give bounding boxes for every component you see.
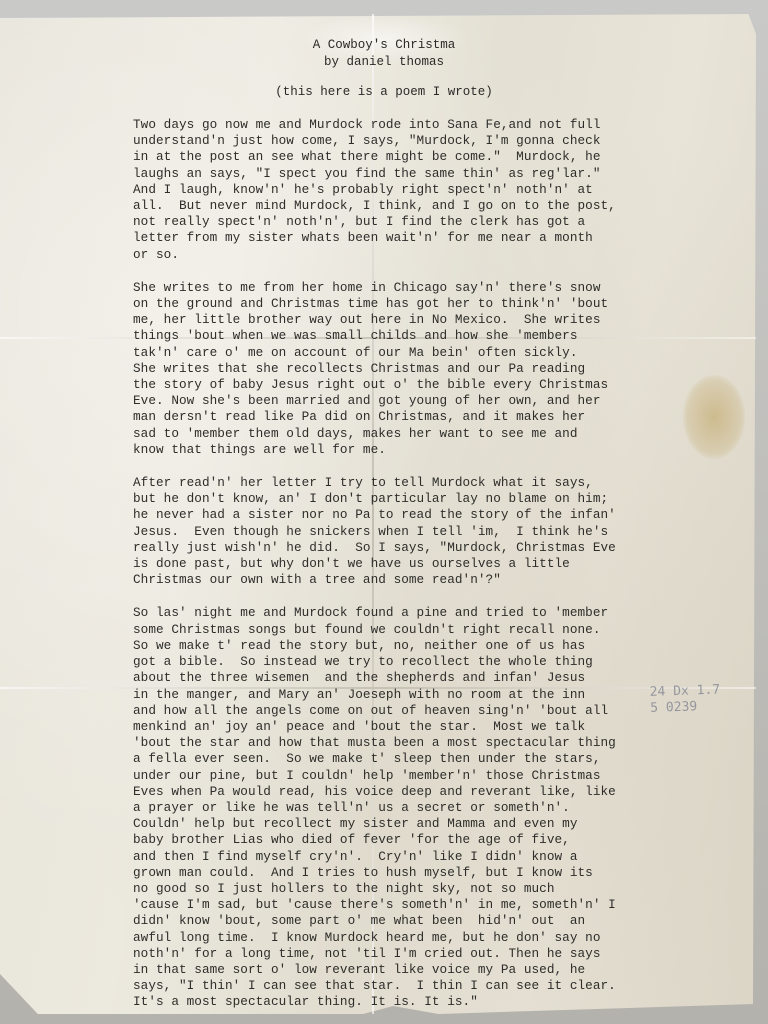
poem-line: know that things are well for me. [133, 442, 753, 458]
poem-line: me, her little brother way out here in N… [133, 312, 753, 328]
poem-line: he never had a sister nor no Pa to read … [133, 507, 753, 523]
poem-line: or so. [133, 247, 753, 263]
poem-line: Eves when Pa would read, his voice deep … [133, 784, 753, 800]
poem-line: menkind an' joy an' peace and 'bout the … [133, 719, 753, 735]
poem-line: in at the post an see what there might b… [133, 149, 753, 165]
poem-line: and how all the angels come on out of he… [133, 703, 753, 719]
poem-subtitle: (this here is a poem I wrote) [0, 85, 768, 99]
poem-line: Couldn' help but recollect my sister and… [133, 816, 753, 832]
poem-line: And I laugh, know'n' he's probably right… [133, 182, 753, 198]
poem-line: under our pine, but I couldn' help 'memb… [133, 768, 753, 784]
poem-line: got a bible. So instead we try to recoll… [133, 654, 753, 670]
poem-title: A Cowboy's Christma [0, 38, 768, 52]
stanza: After read'n' her letter I try to tell M… [133, 475, 753, 588]
poem-line: is done past, but why don't we have us o… [133, 556, 753, 572]
poem-line: didn' know 'bout, some part o' me what b… [133, 913, 753, 929]
poem-line: about the three wisemen and the shepherd… [133, 670, 753, 686]
poem-line: a prayer or like he was tell'n' us a sec… [133, 800, 753, 816]
poem-line: man dersn't read like Pa did on Christma… [133, 409, 753, 425]
poem-line: says, "I thin' I can see that star. I th… [133, 978, 753, 994]
stanza: She writes to me from her home in Chicag… [133, 280, 753, 458]
poem-line: the story of baby Jesus right out o' the… [133, 377, 753, 393]
poem-line: not really spect'n' noth'n', but I find … [133, 214, 753, 230]
poem-line: understand'n just how come, I says, "Mur… [133, 133, 753, 149]
poem-line: a fella ever seen. So we make t' sleep t… [133, 751, 753, 767]
poem-line: It's a most spectacular thing. It is. It… [133, 994, 753, 1010]
poem-line: in that same sort o' low reverant like v… [133, 962, 753, 978]
poem-line: Eve. Now she's been married and got youn… [133, 393, 753, 409]
poem-line: Jesus. Even though he snickers when I te… [133, 524, 753, 540]
poem-line: After read'n' her letter I try to tell M… [133, 475, 753, 491]
poem-line: 'bout the star and how that musta been a… [133, 735, 753, 751]
poem-body: Two days go now me and Murdock rode into… [133, 117, 753, 1024]
poem-line: some Christmas songs but found we couldn… [133, 622, 753, 638]
stanza: Two days go now me and Murdock rode into… [133, 117, 753, 263]
poem-line: laughs an says, "I spect you find the sa… [133, 166, 753, 182]
poem-line: She writes that she recollects Christmas… [133, 361, 753, 377]
stanza: So las' night me and Murdock found a pin… [133, 605, 753, 1010]
poem-line: So las' night me and Murdock found a pin… [133, 605, 753, 621]
poem-line: and then I find myself cry'n'. Cry'n' li… [133, 849, 753, 865]
poem-line: tak'n' care o' me on account of our Ma b… [133, 345, 753, 361]
poem-line: Two days go now me and Murdock rode into… [133, 117, 753, 133]
poem-author: by daniel thomas [0, 55, 768, 69]
poem-line: letter from my sister whats been wait'n'… [133, 230, 753, 246]
poem-line: no good so I just hollers to the night s… [133, 881, 753, 897]
poem-line: but he don't know, an' I don't particula… [133, 491, 753, 507]
poem-line: Christmas our own with a tree and some r… [133, 572, 753, 588]
poem-line: So we make t' read the story but, no, ne… [133, 638, 753, 654]
poem-line: 'cause I'm sad, but 'cause there's somet… [133, 897, 753, 913]
poem-line: all. But never mind Murdock, I think, an… [133, 198, 753, 214]
poem-line: baby brother Lias who died of fever 'for… [133, 832, 753, 848]
poem-line: really just wish'n' he did. So I says, "… [133, 540, 753, 556]
poem-line: things 'bout when we was small childs an… [133, 328, 753, 344]
poem-line: She writes to me from her home in Chicag… [133, 280, 753, 296]
poem-line: grown man could. And I tries to hush mys… [133, 865, 753, 881]
poem-line: awful long time. I know Murdock heard me… [133, 930, 753, 946]
poem-line: on the ground and Christmas time has got… [133, 296, 753, 312]
poem-line: sad to 'member them old days, makes her … [133, 426, 753, 442]
poem-line: in the manger, and Mary an' Joeseph with… [133, 687, 753, 703]
poem-line: noth'n' for a long time, not 'til I'm cr… [133, 946, 753, 962]
